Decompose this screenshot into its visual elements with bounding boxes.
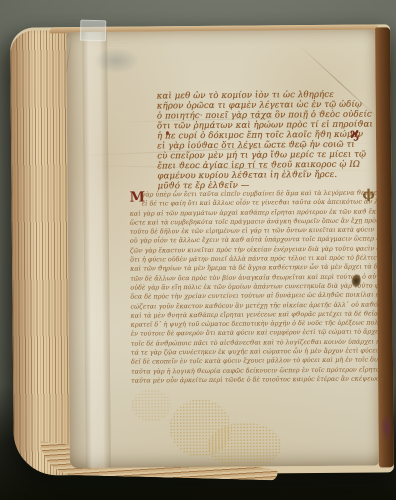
rubricated-initial: Μ (129, 191, 140, 208)
rubricated-knot-ornament-icon: ϗ (349, 125, 359, 142)
open-parchment-page: καὶ μεθ ὧν τὸ κομίον ἰὸν τι ὡϲ λθηρήϲε κ… (66, 29, 379, 468)
binding-edge (375, 27, 394, 467)
speckled-stain (131, 389, 171, 421)
text-block-dense-script: Μ γὰρ ὑπὲρ ὧν ἔϲτι ταῦτα εἰπεῖν ϲυμβαίνε… (129, 188, 378, 385)
speckled-stain (208, 422, 282, 468)
manuscript-codex: καὶ μεθ ὧν τὸ κομίον ἰὸν τι ὡϲ λθηρήϲε κ… (10, 24, 394, 475)
translucent-bookmark-tab (80, 20, 107, 42)
pencil-smudge (93, 48, 139, 74)
vellum-guard-strip (82, 32, 111, 468)
manuscript-text-line: ταῦτα μὲν οὖν ἀρκείτω περὶ τῶνδε ὁ δὲ το… (131, 374, 379, 385)
text-block-large-script: καὶ μεθ ὧν τὸ κομίον ἰὸν τι ὡϲ λθηρήϲε κ… (157, 89, 376, 191)
binding-stain (380, 413, 392, 441)
parchment-crease (66, 32, 73, 103)
manuscript-photograph: καὶ μεθ ὧν τὸ κομίον ἰὸν τι ὡϲ λθηρήϲε κ… (0, 0, 396, 500)
